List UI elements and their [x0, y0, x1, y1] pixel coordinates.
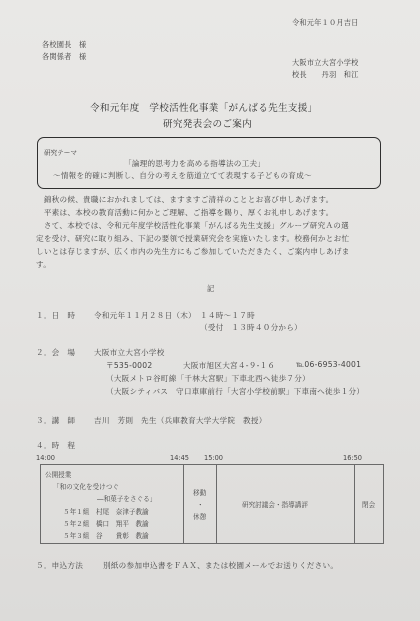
greeting-line-4: 定を受け、研究に取り組み、下記の要領で授業研究会を実施いたします。校務何かとお忙 — [36, 233, 349, 244]
document-date: 令和元年１０月吉日 — [292, 18, 359, 28]
class-5-2: ５年２組 橋口 翔平 教諭 — [63, 518, 149, 528]
time-1400: 14:00 — [36, 454, 55, 462]
greeting-line-6: す。 — [36, 259, 51, 270]
greeting-line-2: 平素は、本校の教育活動に何かとご理解、ご指導を賜り、厚くお礼申しあげます。 — [36, 207, 333, 218]
venue-name: 大阪市立大宮小学校 — [94, 347, 165, 358]
schedule-block-open-class: 公開授業 「和の文化を受けつぐ ―和菓子をさぐる」 ５年１組 村尾 奈津子教諭 … — [41, 465, 184, 543]
venue-postal: 〒535-0002 — [106, 360, 152, 371]
schedule-label: ４．時 程 — [36, 440, 75, 451]
application-label: ５．申込方法 — [36, 560, 83, 571]
date-label: １．日 時 — [36, 310, 75, 321]
open-class-title-2: ―和菓子をさぐる」 — [97, 493, 156, 503]
schedule-table: 公開授業 「和の文化を受けつぐ ―和菓子をさぐる」 ５年１組 村尾 奈津子教諭 … — [40, 464, 384, 544]
document-title-line1: 令和元年度 学校活性化事業「がんばる先生支援」 — [90, 100, 318, 114]
time-1650: 16:50 — [343, 454, 362, 462]
closing-text: 閉会 — [362, 499, 375, 509]
break-line-1: 移動 — [193, 487, 206, 497]
theme-label: 研究テーマ — [44, 147, 77, 157]
venue-tel: ℡06-6953-4001 — [296, 360, 361, 369]
lecturer-value: 吉川 芳則 先生（兵庫教育大学大学院 教授） — [94, 415, 267, 426]
class-5-3: ５年３組 谷 貴彰 教諭 — [63, 530, 149, 540]
venue-address: 大阪市旭区大宮４-９-１６ — [183, 360, 275, 371]
lecturer-label: ３．講 師 — [36, 415, 75, 426]
ki-marker: 記 — [207, 284, 214, 294]
venue-access-metro: （大阪メトロ谷町線「千林大宮駅」下車北西へ徒歩７分） — [106, 373, 310, 384]
sender-name: 校長 丹羽 和江 — [292, 70, 359, 80]
venue-label: ２．会 場 — [36, 347, 75, 358]
class-5-1: ５年１組 村尾 奈津子教諭 — [63, 506, 149, 516]
recipient-principals: 各校園長 様 — [42, 40, 86, 50]
theme-main: 「論理的思考力を高める指導法の工夫」 — [124, 158, 265, 169]
sender-organization: 大阪市立大宮小学校 — [292, 58, 359, 68]
break-line-3: 休憩 — [193, 511, 206, 521]
schedule-block-closing: 閉会 — [354, 465, 383, 543]
greeting-line-3: さて、本校では、令和元年度学校活性化事業「がんばる先生支援」グループ研究Ａの選 — [36, 220, 349, 231]
schedule-block-break: 移動 ・ 休憩 — [183, 465, 217, 543]
time-1445: 14:45 — [170, 454, 189, 462]
break-line-2: ・ — [197, 499, 204, 509]
greeting-line-5: しいとは存じますが、広く市内の先生方にもご参加していただきたく、ご案内申しあげま — [36, 246, 350, 257]
recipient-staff: 各関係者 様 — [42, 52, 86, 62]
date-value: 令和元年１１月２８日（木） １４時～１７時 — [94, 310, 255, 321]
reception-note: （受付 １３時４０分から） — [200, 322, 302, 333]
research-theme-box: 研究テーマ 「論理的思考力を高める指導法の工夫」 ～情報を的確に判断し、自分の考… — [37, 137, 381, 189]
discussion-text: 研究討議会・指導講評 — [242, 499, 308, 509]
open-class-heading: 公開授業 — [45, 469, 71, 479]
time-1500: 15:00 — [204, 454, 223, 462]
schedule-block-discussion: 研究討議会・指導講評 — [216, 465, 355, 543]
document-title-line2: 研究発表会のご案内 — [163, 116, 252, 130]
application-value: 別紙の参加申込書をＦＡＸ、または校園メールでお送りください。 — [103, 560, 338, 571]
greeting-line-1: 錦秋の候、貴職におかれましては、ますますご清祥のこととお喜び申しあげます。 — [36, 194, 333, 205]
venue-access-bus: （大阪シティバス 守口車庫前行「大宮小学校前駅」下車南へ徒歩１分） — [106, 386, 364, 397]
theme-subtitle: ～情報を的確に判断し、自分の考えを筋道立てて表現する子どもの育成～ — [53, 170, 312, 181]
open-class-title-1: 「和の文化を受けつぐ — [53, 481, 119, 491]
